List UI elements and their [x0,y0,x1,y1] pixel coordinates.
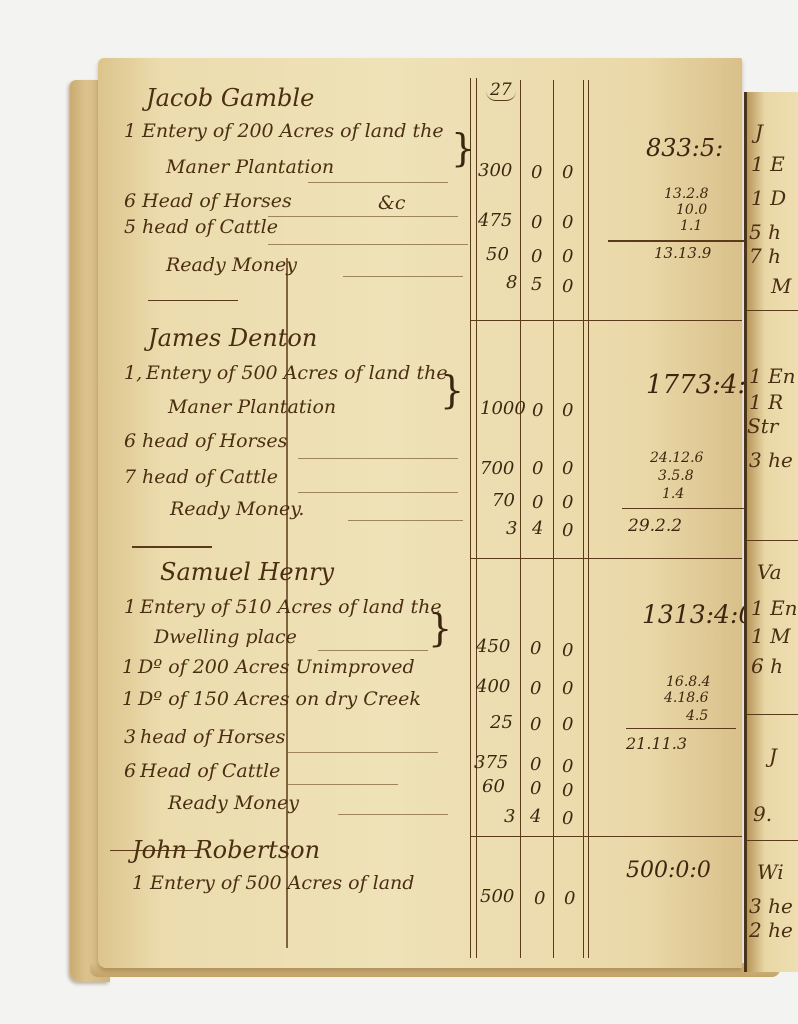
facing-page-text: 6 h [751,654,783,678]
sum-line [626,728,736,729]
value-shillings: 0 [531,246,542,267]
item-qty: 1 [124,596,136,618]
item-text: head of Horses [140,726,285,748]
entry-total: 1773:4: [646,370,746,400]
facing-page-text: 1 En [749,364,796,388]
facing-page-text: J [769,744,777,768]
value-pounds: 50 [486,244,509,265]
item-qty: 1 [132,872,144,894]
facing-page-text: 1 En [751,596,798,620]
facing-page-text: 9. [753,802,772,826]
value-pounds: 500 [480,886,514,907]
facing-page-text: J [755,120,763,144]
item-text: head of Cattle [142,466,278,488]
sum-line [608,240,748,242]
item-text: Entery of 200 Acres of land the [142,120,444,142]
value-pounds: 400 [476,676,510,697]
value-shillings: 0 [530,778,541,799]
facing-page-edge: J 1 E 1 D 5 h 7 h M 1 En 1 R Str 3 he Va… [744,92,798,972]
value-shillings: 0 [530,678,541,699]
facing-separator [747,540,798,541]
brace-mark: } [440,368,464,412]
entry-total: 500:0:0 [626,858,711,883]
value-shillings: 4 [530,806,541,827]
item-qty: 6 [124,190,136,212]
ruled-line [338,814,448,815]
facing-page-text: 2 he [749,918,793,942]
page-number: 27 [486,80,516,101]
item-text: Maner Plantation [166,156,334,178]
item-qty: 5 [124,216,136,238]
facing-page-text: 5 h [749,220,781,244]
value-shillings: 4 [532,518,543,539]
brace-mark: } [428,606,452,650]
item-qty: 6 [124,430,136,452]
value-pounds: 70 [492,490,515,511]
value-pounds: 3 [504,806,515,827]
facing-page-text: 1 E [751,152,785,176]
entry-total: 1313:4:0 [642,600,754,629]
value-pence: 0 [562,640,573,661]
value-pence: 0 [562,678,573,699]
facing-page-text: Va [757,560,782,584]
value-pounds: 375 [474,752,508,773]
facing-separator [747,714,798,715]
item-qty: 1 [124,120,136,142]
section-divider-3 [470,836,742,837]
column-divider-shillings [520,80,521,958]
facing-separator [747,310,798,311]
facing-page-text: M [771,274,791,298]
side-sum: 1.1 [680,218,702,234]
value-shillings: 0 [532,458,543,479]
item-text: Dº of 150 Acres on dry Creek [138,688,421,710]
entry-name: Jacob Gamble [146,84,314,112]
ledger-page-left: 27 Jacob Gamble 1 Entery of 200 Acres of… [98,58,742,968]
entry-name: Samuel Henry [160,558,334,586]
item-qty: 3 [124,726,136,748]
item-text: Entery of 500 Acres of land [150,872,414,894]
value-shillings: 0 [532,400,543,421]
side-total: 13.13.9 [654,244,711,262]
value-pounds: 25 [490,712,513,733]
side-sum: 10.0 [676,202,707,218]
item-text: Ready Money [168,792,299,814]
side-sum: 16.8.4 [666,674,711,690]
facing-page-text: Wi [757,860,784,884]
value-pounds: 3 [506,518,517,539]
item-text: Ready Money [166,254,297,276]
item-text: Head of Horses [142,190,292,212]
brace-mark: } [451,126,475,170]
column-divider-total-left-2 [588,80,589,958]
value-pounds: 450 [476,636,510,657]
side-sum: 24.12.6 [650,450,703,466]
column-divider-total-left [583,80,584,958]
facing-page-text: 3 he [749,448,793,472]
ledger-book: 27 Jacob Gamble 1 Entery of 200 Acres of… [60,58,798,978]
item-qty: 6 [124,760,136,782]
ruled-line [318,650,428,651]
value-shillings: 0 [530,638,541,659]
value-pence: 0 [562,492,573,513]
value-pence: 0 [562,400,573,421]
item-text: Entery of 500 Acres of land the [146,362,448,384]
value-shillings: 0 [530,754,541,775]
value-shillings: 5 [531,274,542,295]
value-shillings: 0 [530,714,541,735]
item-note: &c [378,192,406,214]
ruled-line [268,216,458,217]
ruled-line [268,244,468,245]
facing-page-text: 7 h [749,244,781,268]
facing-page-text: 1 R [749,390,783,414]
value-shillings: 0 [531,212,542,233]
entry-name: John Robertson [132,836,320,864]
item-qty: 1 [122,688,134,710]
value-pounds: 1000 [480,398,526,419]
item-text: Head of Cattle [140,760,280,782]
side-sum: 1.4 [662,486,684,502]
value-shillings: 0 [534,888,545,909]
value-pence: 0 [562,780,573,801]
ruled-line [288,752,438,753]
side-sum: 4.5 [686,708,708,724]
side-sum: 13.2.8 [664,186,709,202]
value-pence: 0 [562,246,573,267]
entry-separator [132,546,212,548]
value-pounds: 475 [478,210,512,231]
facing-page-text: 1 D [751,186,786,210]
side-sum: 3.5.8 [658,468,694,484]
column-divider-pounds-left [470,78,471,958]
value-pence: 0 [562,756,573,777]
section-divider-2 [470,558,742,559]
value-pence: 0 [562,808,573,829]
facing-page-text: 1 M [751,624,791,648]
value-pounds: 8 [506,272,517,293]
ruled-line [298,458,458,459]
value-pence: 0 [564,888,575,909]
item-text: head of Cattle [142,216,278,238]
item-text: Dº of 200 Acres Unimproved [138,656,415,678]
value-shillings: 0 [532,492,543,513]
value-shillings: 0 [531,162,542,183]
facing-page-text: Str [747,414,778,438]
item-qty: 1 [122,656,134,678]
value-pounds: 700 [480,458,514,479]
value-pence: 0 [562,458,573,479]
ruled-line [308,182,448,183]
side-sum: 4.18.6 [664,690,709,706]
entry-name: James Denton [148,324,317,352]
item-qty: 7 [124,466,136,488]
entry-separator [148,300,238,301]
side-total: 29.2.2 [628,516,682,536]
value-pence: 0 [562,212,573,233]
ruled-line [348,520,463,521]
item-text: Maner Plantation [168,396,336,418]
ruled-line [343,276,463,277]
entry-total: 833:5: [646,134,723,162]
item-text: Dwelling place [154,626,297,648]
side-total: 21.11.3 [626,734,687,753]
ruled-line [288,784,398,785]
sum-line [622,508,750,509]
value-pounds: 60 [482,776,505,797]
item-qty: 1, [124,362,142,384]
value-pence: 0 [562,162,573,183]
facing-page-text: 3 he [749,894,793,918]
column-divider-pence [553,80,554,958]
value-pounds: 300 [478,160,512,181]
item-text: Ready Money. [170,498,304,520]
value-pence: 0 [562,520,573,541]
section-divider-1 [470,320,742,321]
item-text: head of Horses [142,430,287,452]
ruled-line [298,492,458,493]
facing-separator [747,840,798,841]
value-pence: 0 [562,276,573,297]
value-pence: 0 [562,714,573,735]
item-text: Entery of 510 Acres of land the [140,596,442,618]
